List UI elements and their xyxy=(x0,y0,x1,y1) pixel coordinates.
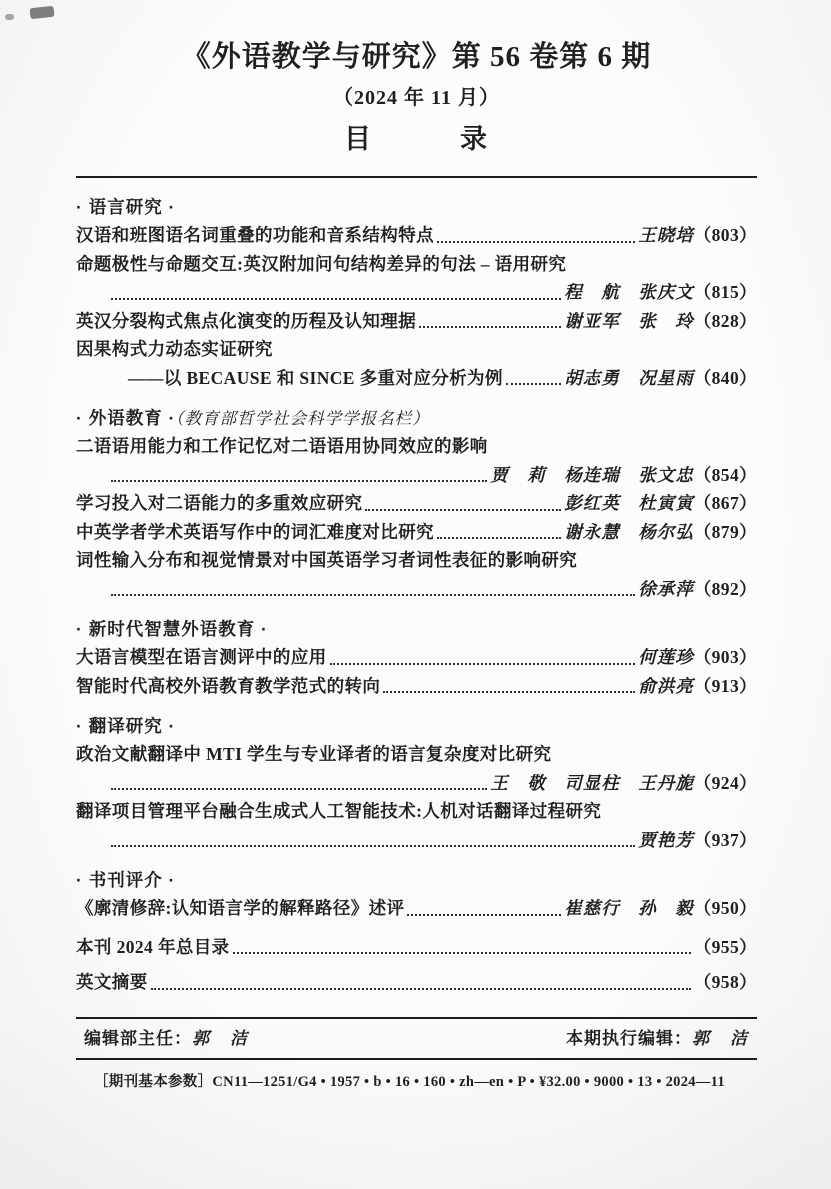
toc-entry-line: 程 航 张庆文（815） xyxy=(76,278,757,307)
entry-authors: 程 航 张庆文 xyxy=(564,278,694,307)
entry-authors: 何莲珍 xyxy=(638,643,694,672)
entry-page: （950） xyxy=(694,894,757,923)
dot-leader xyxy=(407,914,561,916)
entry-page: （924） xyxy=(694,769,757,798)
toc-section: · 书刊评介 ·《廓清修辞:认知语言学的解释路径》述评崔慈行 孙 毅（950） xyxy=(76,867,757,923)
entry-title: 翻译项目管理平台融合生成式人工智能技术:人机对话翻译过程研究 xyxy=(76,797,601,826)
section-heading-text: · 新时代智慧外语教育 · xyxy=(76,619,268,639)
entry-page: （828） xyxy=(694,307,757,336)
toc-entry-line: 大语言模型在语言测评中的应用何莲珍（903） xyxy=(76,643,757,672)
section-heading: · 语言研究 · xyxy=(76,194,757,221)
toc-entry-line: 智能时代高校外语教育教学范式的转向俞洪亮（913） xyxy=(76,672,757,701)
entry-title: 本刊 2024 年总目录 xyxy=(76,933,230,962)
toc-entry-line: 词性输入分布和视觉情景对中国英语学习者词性表征的影响研究 xyxy=(76,546,757,575)
editors-row: 编辑部主任：郭 洁 本期执行编辑：郭 洁 xyxy=(76,1019,757,1058)
entry-title: 中英学者学术英语写作中的词汇难度对比研究 xyxy=(76,518,434,547)
toc-title: 目 录 xyxy=(76,116,757,162)
entry-page: （913） xyxy=(694,672,757,701)
section-heading-text: · 语言研究 · xyxy=(76,197,175,217)
toc-entry-line: 《廓清修辞:认知语言学的解释路径》述评崔慈行 孙 毅（950） xyxy=(76,894,757,923)
entry-page: （958） xyxy=(694,968,757,997)
scan-artifact xyxy=(5,14,14,20)
entry-title: 英汉分裂构式焦点化演变的历程及认知理据 xyxy=(76,307,416,336)
entry-page: （937） xyxy=(694,826,757,855)
section-heading: · 外语教育 ·（教育部哲学社会科学学报名栏） xyxy=(76,405,757,432)
dept-editor: 编辑部主任：郭 洁 xyxy=(84,1026,249,1052)
entry-authors: 谢永慧 杨尔弘 xyxy=(564,518,694,547)
toc-extra-line: 本刊 2024 年总目录（955） xyxy=(76,933,757,962)
entry-authors: 贾艳芳 xyxy=(638,826,694,855)
toc-entry-line: 二语语用能力和工作记忆对二语语用协同效应的影响 xyxy=(76,432,757,461)
exec-editor-label: 本期执行编辑： xyxy=(566,1029,692,1048)
toc-section: · 新时代智慧外语教育 ·大语言模型在语言测评中的应用何莲珍（903）智能时代高… xyxy=(76,616,757,700)
toc-entry-line: 命题极性与命题交互:英汉附加问句结构差异的句法 – 语用研究 xyxy=(76,250,757,279)
dot-leader xyxy=(111,594,635,596)
entry-authors: 王 敬 司显柱 王丹旎 xyxy=(490,769,694,798)
toc-entry-line: ——以 BECAUSE 和 SINCE 多重对应分析为例胡志勇 况星雨（840） xyxy=(76,364,757,393)
journal-toc-page: 《外语教学与研究》第 56 卷第 6 期 （2024 年 11 月） 目 录 ·… xyxy=(0,0,831,1189)
entry-authors: 胡志勇 况星雨 xyxy=(564,364,694,393)
dot-leader xyxy=(111,845,635,847)
toc-entry-line: 政治文献翻译中 MTI 学生与专业译者的语言复杂度对比研究 xyxy=(76,740,757,769)
dot-leader xyxy=(419,326,561,328)
journal-params: ［期刊基本参数］CN11—1251/G4 • 1957 • b • 16 • 1… xyxy=(76,1071,757,1093)
section-heading: · 翻译研究 · xyxy=(76,713,757,740)
toc-section: · 外语教育 ·（教育部哲学社会科学学报名栏）二语语用能力和工作记忆对二语语用协… xyxy=(76,405,757,603)
dot-leader xyxy=(437,241,635,243)
entry-page: （867） xyxy=(694,489,757,518)
dot-leader xyxy=(437,537,561,539)
dot-leader xyxy=(111,298,561,300)
entry-title: 汉语和班图语名词重叠的功能和音系结构特点 xyxy=(76,221,434,250)
dot-leader xyxy=(365,509,561,511)
entry-page: （892） xyxy=(694,575,757,604)
entry-page: （854） xyxy=(694,461,757,490)
toc-section: · 翻译研究 ·政治文献翻译中 MTI 学生与专业译者的语言复杂度对比研究王 敬… xyxy=(76,713,757,854)
toc-entry-line: 学习投入对二语能力的多重效应研究彭红英 杜寅寅（867） xyxy=(76,489,757,518)
entry-page: （840） xyxy=(694,364,757,393)
entry-title: 因果构式力动态实证研究 xyxy=(76,335,273,364)
entry-page: （815） xyxy=(694,278,757,307)
entry-authors: 彭红英 杜寅寅 xyxy=(564,489,694,518)
dot-leader xyxy=(111,788,487,790)
dot-leader xyxy=(330,663,636,665)
entry-title: ——以 BECAUSE 和 SINCE 多重对应分析为例 xyxy=(128,364,503,393)
dot-leader xyxy=(383,691,635,693)
toc-entry-line: 贾 莉 杨连瑞 张文忠（854） xyxy=(76,461,757,490)
dept-editor-label: 编辑部主任： xyxy=(84,1029,192,1048)
dot-leader xyxy=(506,383,561,385)
section-heading-text: · 外语教育 · xyxy=(76,408,175,428)
section-heading: · 书刊评介 · xyxy=(76,867,757,894)
toc-sections: · 语言研究 ·汉语和班图语名词重叠的功能和音系结构特点王晓培（803）命题极性… xyxy=(76,194,757,923)
toc-entry-line: 汉语和班图语名词重叠的功能和音系结构特点王晓培（803） xyxy=(76,221,757,250)
toc-entry-line: 徐承萍（892） xyxy=(76,575,757,604)
exec-editor: 本期执行编辑：郭 洁 xyxy=(566,1026,749,1052)
section-heading-text: · 翻译研究 · xyxy=(76,716,175,736)
section-heading-text: · 书刊评介 · xyxy=(76,870,175,890)
toc-section: · 语言研究 ·汉语和班图语名词重叠的功能和音系结构特点王晓培（803）命题极性… xyxy=(76,194,757,392)
entry-page: （903） xyxy=(694,643,757,672)
journal-params-value: CN11—1251/G4 • 1957 • b • 16 • 160 • zh—… xyxy=(212,1074,725,1090)
toc-entry-line: 王 敬 司显柱 王丹旎（924） xyxy=(76,769,757,798)
footer-divider-bottom xyxy=(76,1058,757,1060)
entry-title: 英文摘要 xyxy=(76,968,148,997)
entry-title: 《廓清修辞:认知语言学的解释路径》述评 xyxy=(76,894,404,923)
toc-entry-line: 贾艳芳（937） xyxy=(76,826,757,855)
section-heading-note: （教育部哲学社会科学学报名栏） xyxy=(175,409,429,428)
journal-title: 《外语教学与研究》第 56 卷第 6 期 xyxy=(76,34,757,80)
entry-title: 命题极性与命题交互:英汉附加问句结构差异的句法 – 语用研究 xyxy=(76,250,566,279)
dot-leader xyxy=(151,988,691,990)
issue-date: （2024 年 11 月） xyxy=(76,80,757,116)
entry-authors: 崔慈行 孙 毅 xyxy=(564,894,694,923)
header-divider xyxy=(76,176,757,178)
toc-extras: 本刊 2024 年总目录（955）英文摘要（958） xyxy=(76,933,757,997)
dot-leader xyxy=(111,480,487,482)
entry-authors: 贾 莉 杨连瑞 张文忠 xyxy=(490,461,694,490)
entry-authors: 王晓培 xyxy=(638,221,694,250)
entry-title: 学习投入对二语能力的多重效应研究 xyxy=(76,489,362,518)
toc-entry-line: 因果构式力动态实证研究 xyxy=(76,335,757,364)
toc-extra-line: 英文摘要（958） xyxy=(76,968,757,997)
entry-page: （879） xyxy=(694,518,757,547)
dot-leader xyxy=(233,952,691,954)
entry-title: 二语语用能力和工作记忆对二语语用协同效应的影响 xyxy=(76,432,488,461)
entry-page: （803） xyxy=(694,221,757,250)
page-footer: 编辑部主任：郭 洁 本期执行编辑：郭 洁 ［期刊基本参数］CN11—1251/G… xyxy=(76,1017,757,1093)
entry-title: 大语言模型在语言测评中的应用 xyxy=(76,643,327,672)
exec-editor-name: 郭 洁 xyxy=(692,1029,749,1048)
entry-authors: 徐承萍 xyxy=(638,575,694,604)
entry-page: （955） xyxy=(694,933,757,962)
page-header: 《外语教学与研究》第 56 卷第 6 期 （2024 年 11 月） 目 录 xyxy=(76,34,757,162)
journal-params-label: ［期刊基本参数］ xyxy=(94,1074,212,1090)
toc-entry-line: 中英学者学术英语写作中的词汇难度对比研究谢永慧 杨尔弘（879） xyxy=(76,518,757,547)
entry-title: 政治文献翻译中 MTI 学生与专业译者的语言复杂度对比研究 xyxy=(76,740,551,769)
entry-authors: 谢亚军 张 玲 xyxy=(564,307,694,336)
dept-editor-name: 郭 洁 xyxy=(192,1029,249,1048)
section-heading: · 新时代智慧外语教育 · xyxy=(76,616,757,643)
entry-title: 智能时代高校外语教育教学范式的转向 xyxy=(76,672,380,701)
toc-entry-line: 英汉分裂构式焦点化演变的历程及认知理据谢亚军 张 玲（828） xyxy=(76,307,757,336)
scan-artifact xyxy=(29,6,54,19)
toc-entry-line: 翻译项目管理平台融合生成式人工智能技术:人机对话翻译过程研究 xyxy=(76,797,757,826)
entry-title: 词性输入分布和视觉情景对中国英语学习者词性表征的影响研究 xyxy=(76,546,577,575)
entry-authors: 俞洪亮 xyxy=(638,672,694,701)
